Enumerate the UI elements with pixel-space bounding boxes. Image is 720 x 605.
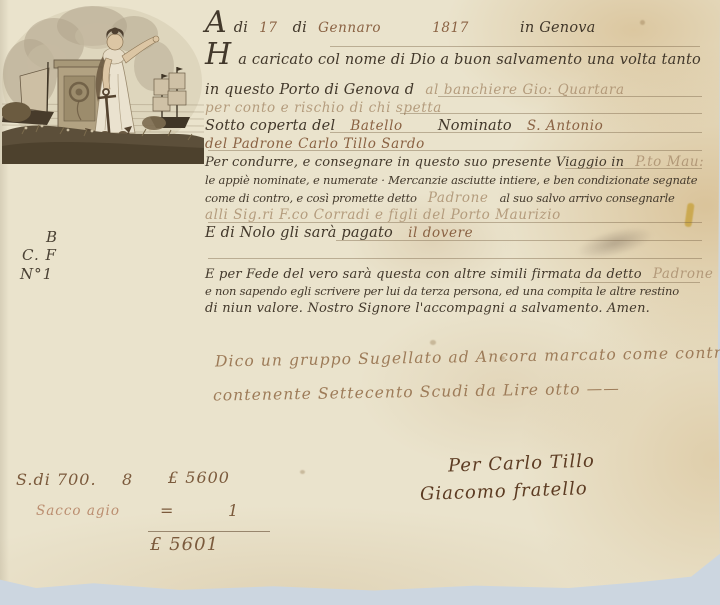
ruled-line (565, 168, 702, 169)
ruled-line (208, 150, 702, 151)
form-line-consignee: alli Sig.ri F.co Corradi e figli del Por… (205, 205, 561, 224)
handwritten-year: 1817 (432, 20, 469, 36)
form-line-loaded: H a caricato col nome di Dio a buon salv… (205, 50, 701, 69)
calc-agio: 1 (228, 501, 239, 520)
ruled-line (330, 132, 702, 133)
printed-text: E per Fede del vero sarà questa con altr… (205, 267, 642, 282)
printed-text: di (293, 20, 307, 36)
handwritten-consignee: alli Sig.ri F.co Corradi e figli del Por… (205, 207, 561, 223)
printed-place: in Genova (520, 20, 595, 36)
printed-text: Per condurre, e consegnare in questo suo… (205, 155, 624, 170)
handwritten-month: Gennaro (318, 20, 381, 36)
ruled-line (580, 282, 700, 283)
ruled-line (336, 240, 702, 241)
flourish-capital: H (205, 37, 231, 72)
calc-scudi: S.di 700. (16, 470, 97, 489)
printed-text: e non sapendo egli scrivere per lui da t… (205, 284, 679, 298)
margin-mark-cf: C. F (22, 246, 57, 264)
handwritten-freight: il dovere (408, 225, 473, 241)
allegorical-vignette-engraving (2, 4, 204, 169)
printed-text: di niun valore. Nostro Signore l'accompa… (205, 301, 650, 316)
paper-speck (300, 470, 305, 474)
printed-text: a caricato col nome di Dio a buon salvam… (238, 52, 701, 68)
handwritten-padrone: Padrone (428, 190, 489, 206)
calc-lire: £ 5600 (168, 468, 230, 487)
paper-speck (500, 356, 505, 360)
document-scan: A di 17 di Gennaro 1817 in Genova H a ca… (0, 0, 720, 605)
form-line-goods: le appiè nominate, e numerate · Mercanzi… (205, 170, 697, 188)
margin-mark-number: N°1 (20, 265, 53, 283)
calc-total: £ 5601 (150, 534, 219, 555)
paper-speck (430, 340, 436, 345)
printed-text: Sotto coperta del (205, 118, 335, 134)
handwritten-day: 17 (259, 20, 277, 36)
printed-text: al suo salvo arrivo consegnarle (500, 191, 675, 205)
sum-rule (148, 531, 270, 532)
printed-text: in questo Porto di Genova d (205, 82, 414, 98)
printed-text: di (234, 20, 248, 36)
calc-agio-label: Sacco agio (36, 503, 120, 519)
paper-speck (640, 20, 645, 25)
form-line-fede-2: e non sapendo egli scrivere per lui da t… (205, 281, 679, 299)
form-line-fede-3: di niun valore. Nostro Signore l'accompa… (205, 298, 650, 317)
margin-mark-b: B (46, 228, 58, 246)
ruled-line (330, 46, 700, 47)
ruled-line (208, 222, 702, 223)
printed-text: E di Nolo gli sarà pagato (205, 225, 393, 241)
printed-text: come di contro, e così promette detto (205, 191, 417, 205)
calc-rate: 8 (122, 470, 133, 489)
date-line: A di 17 di Gennaro 1817 in Genova (205, 18, 596, 37)
ruled-line (400, 113, 702, 114)
handwritten-padrone: Padrone (653, 266, 714, 282)
flourish-capital: A (205, 5, 227, 40)
form-line-freight: E di Nolo gli sarà pagato il dovere (205, 223, 473, 242)
calc-agio-eq: = (160, 501, 174, 520)
printed-text: le appiè nominate, e numerate · Mercanzi… (205, 173, 697, 187)
ruled-line (438, 96, 702, 97)
ruled-line (208, 258, 702, 259)
form-line-promise: come di contro, e così promette detto Pa… (205, 188, 675, 207)
